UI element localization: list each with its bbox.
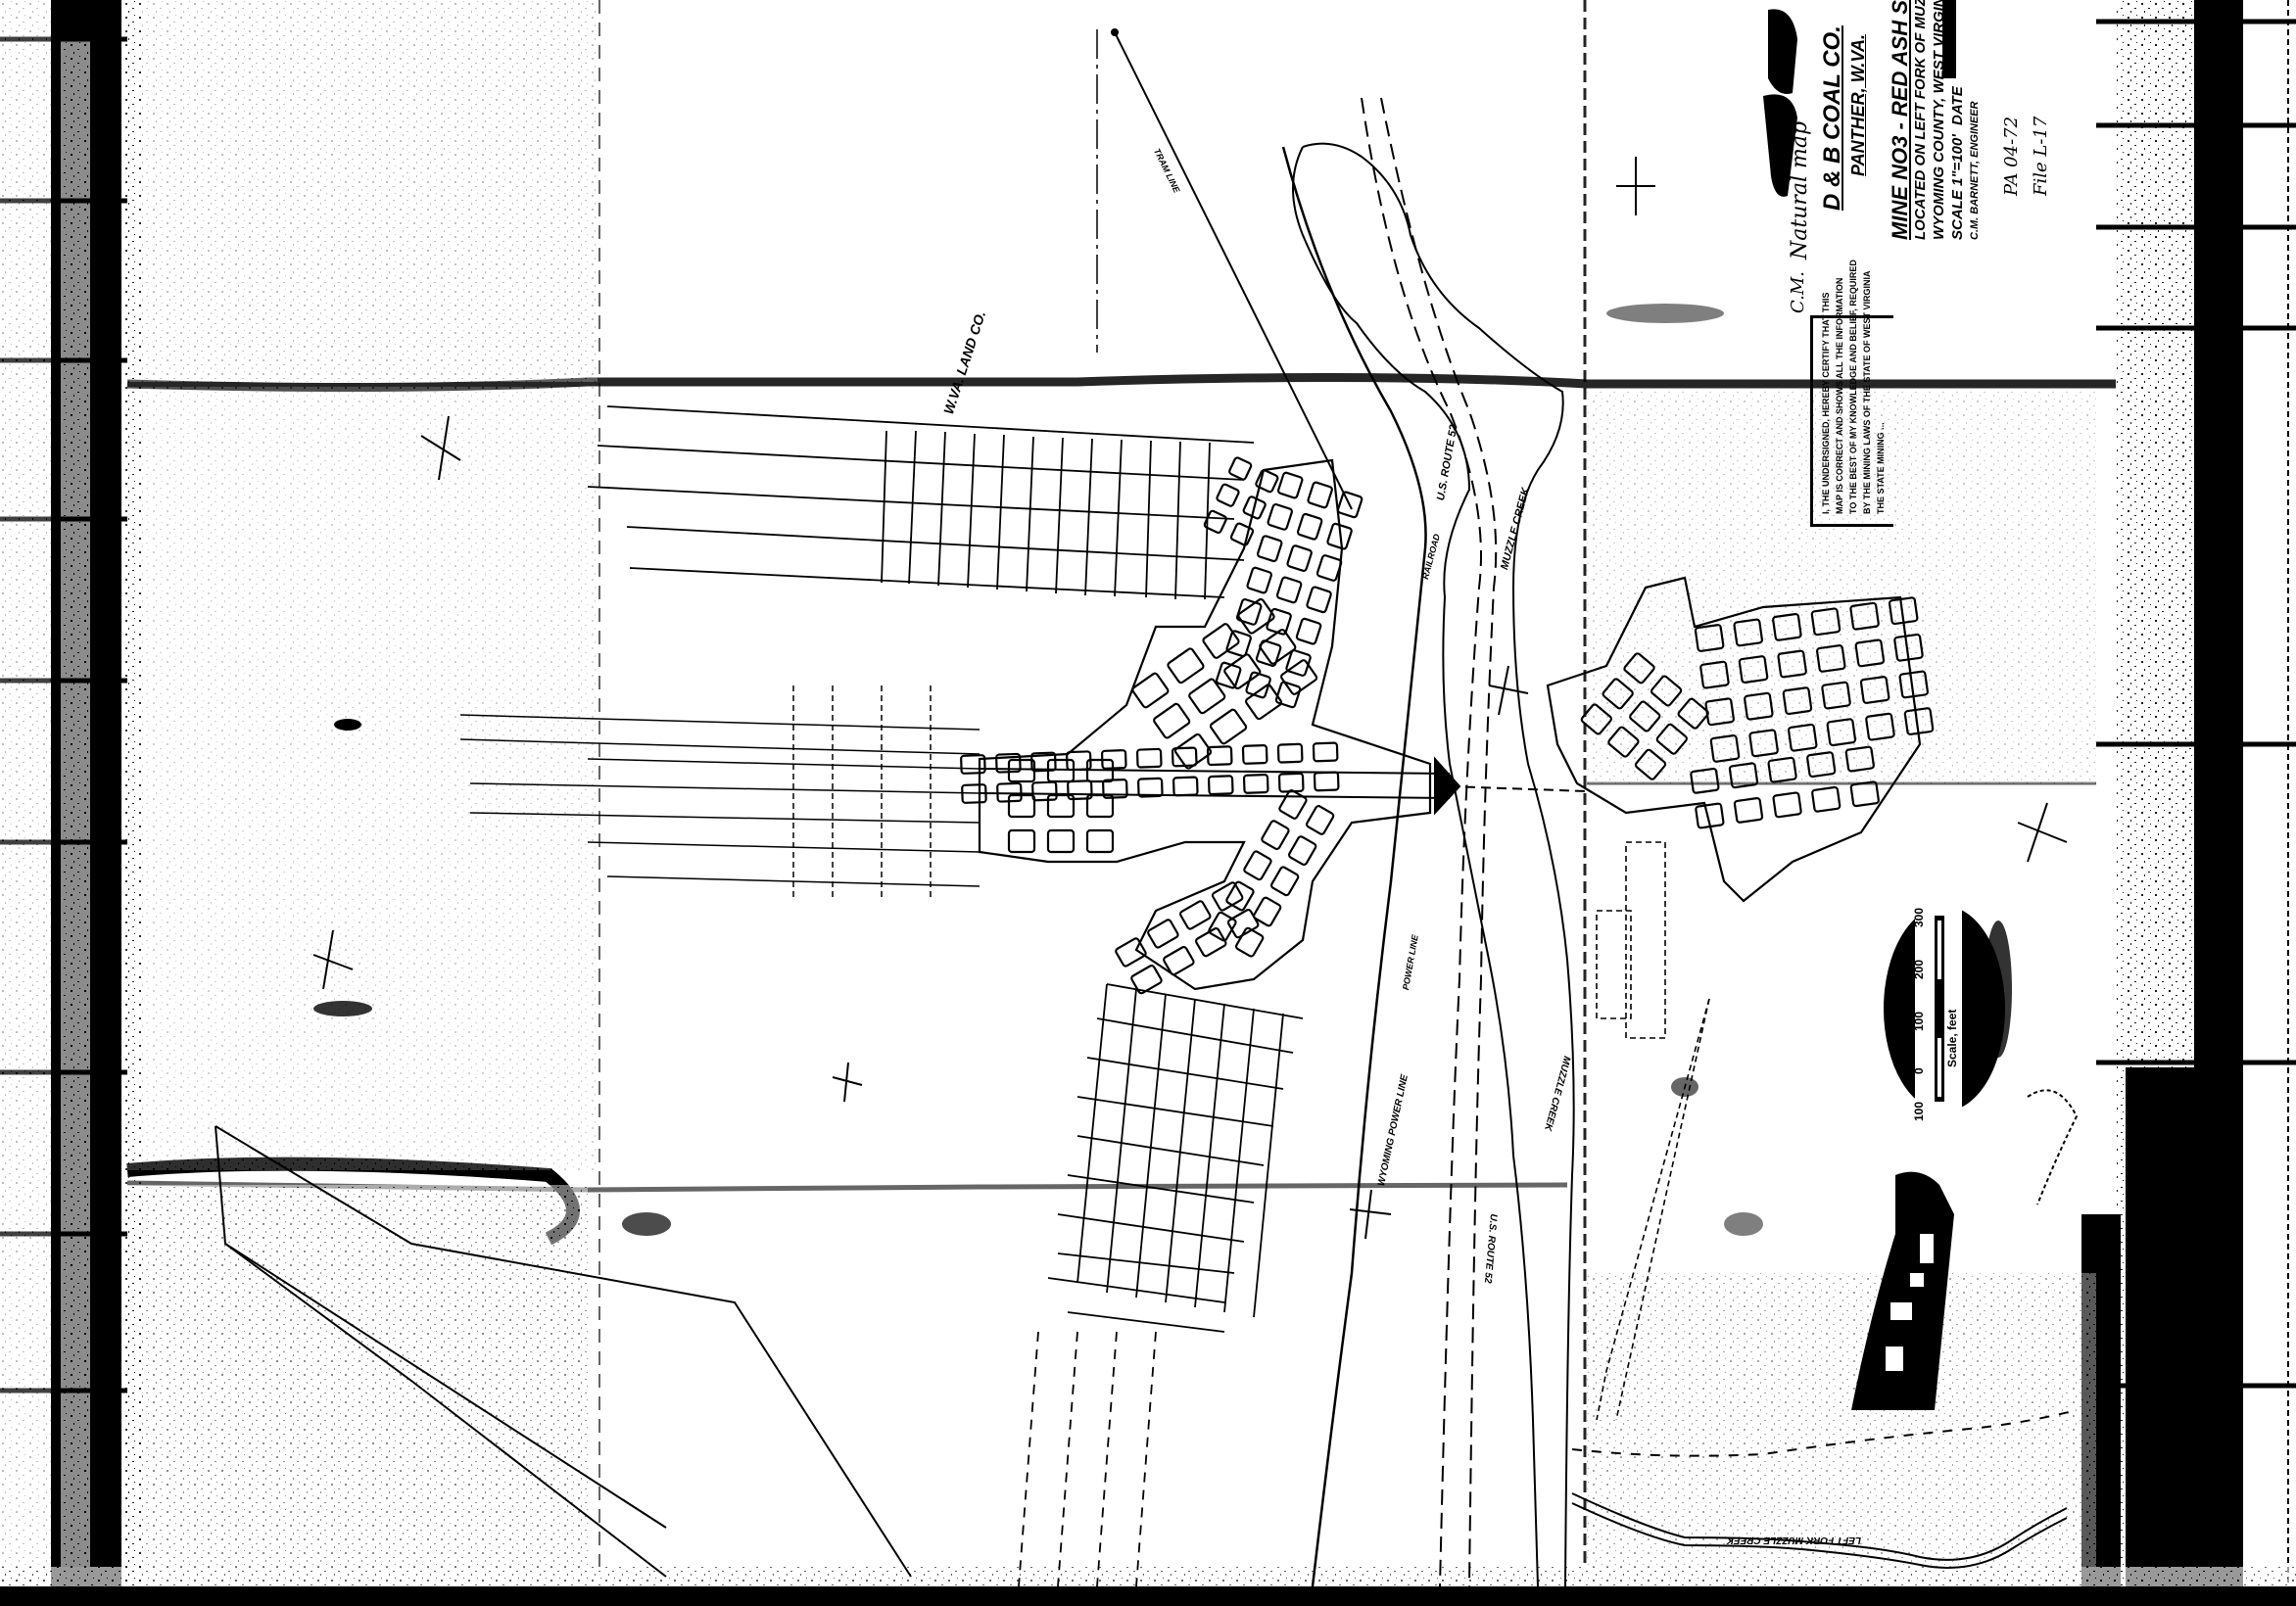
certificate-box: I, THE UNDERSIGNED, HEREBY CERTIFY THAT … — [1810, 315, 1893, 527]
certificate-line: MAP IS CORRECT AND SHOWS ALL THE INFORMA… — [1835, 278, 1845, 514]
scale-bar: 100 0 100 200 300 Scale, feet — [1900, 857, 1988, 1131]
certificate-line: BY THE MINING LAWS OF THE STATE OF WEST … — [1862, 270, 1873, 514]
scale-tick: 0 — [1912, 1067, 1926, 1074]
handwritten-annotation: Natural map — [1788, 121, 1812, 260]
bottom-border-scan — [0, 1586, 2296, 1606]
scale-tick: 200 — [1912, 960, 1926, 979]
certificate-line: I, THE UNDERSIGNED, HEREBY CERTIFY THAT … — [1821, 292, 1832, 514]
handwritten-initials: C.M. — [1788, 271, 1808, 313]
left-border-scan — [0, 0, 141, 1606]
engineer-name: C.M. BARNETT, ENGINEER — [1969, 101, 1981, 240]
mine-name: MINE NO3 - RED ASH SEAM — [1888, 0, 1913, 240]
scale-tick: 300 — [1912, 908, 1926, 927]
scale-unit-label: Scale, feet — [1945, 1010, 1959, 1067]
date-label: DATE — [1949, 86, 1966, 125]
town-name: PANTHER, W.VA. — [1848, 34, 1869, 176]
county-state: WYOMING COUNTY, WEST VIRGINIA — [1931, 0, 1947, 240]
certificate-line: TO THE BEST OF MY KNOWLEDGE AND BELIEF, … — [1848, 260, 1859, 514]
scale-text: SCALE 1"=100' — [1949, 134, 1966, 240]
scale-tick: 100 — [1912, 1012, 1926, 1031]
handwritten-ref-pa: PA 04-72 — [2001, 117, 2022, 196]
certificate-line: THE STATE MINING ... — [1876, 422, 1887, 514]
located-on: LOCATED ON LEFT FORK OF MUZZLE C — [1912, 0, 1929, 240]
label-left-fork-creek: LEFT FORK MUZZLE CREEK — [1727, 1535, 1861, 1545]
scale-tick: 100 — [1912, 1102, 1926, 1121]
handwritten-ref-file: File L-17 — [2031, 117, 2051, 196]
company-name: D & B COAL CO. — [1819, 25, 1846, 211]
